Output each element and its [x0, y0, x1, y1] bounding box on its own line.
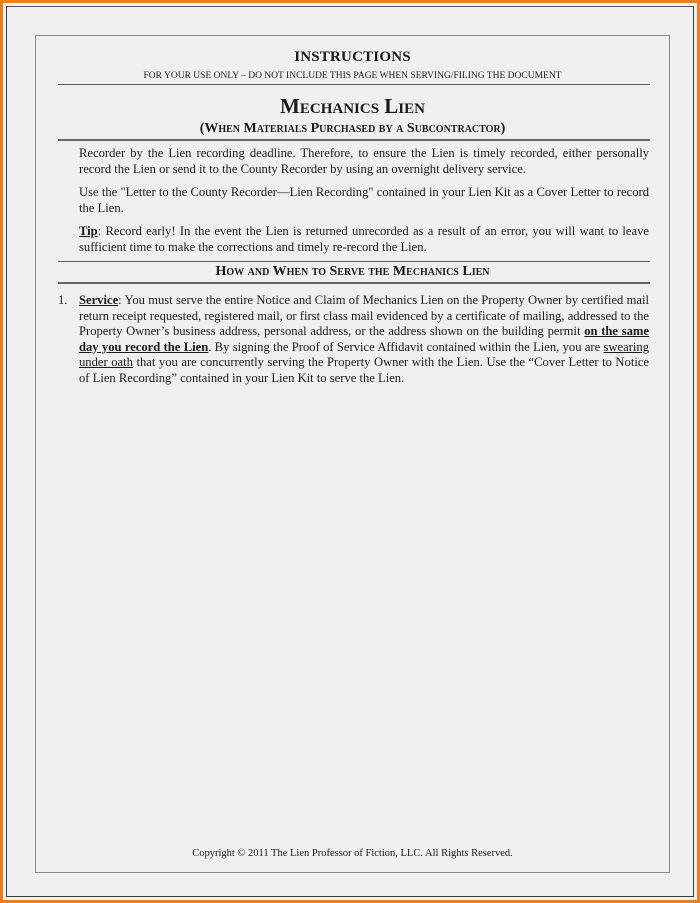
- divider: [58, 139, 650, 141]
- tip-label: Tip: [79, 224, 98, 238]
- tip-text: : Record early! In the event the Lien is…: [79, 224, 649, 254]
- document-page: INSTRUCTIONS FOR YOUR USE ONLY – DO NOT …: [35, 35, 670, 873]
- instructions-heading: INSTRUCTIONS: [36, 49, 669, 66]
- image-frame: INSTRUCTIONS FOR YOUR USE ONLY – DO NOT …: [0, 0, 700, 903]
- instructions-subtitle: FOR YOUR USE ONLY – DO NOT INCLUDE THIS …: [36, 71, 669, 81]
- service-text-2: . By signing the Proof of Service Affida…: [208, 340, 603, 354]
- tip-paragraph: Tip: Record early! In the event the Lien…: [79, 224, 649, 255]
- divider: [58, 282, 650, 284]
- divider: [58, 84, 650, 85]
- list-item-number: 1.: [58, 293, 67, 309]
- divider: [58, 261, 650, 262]
- copyright-footer: Copyright © 2011 The Lien Professor of F…: [36, 848, 669, 859]
- list-item-service: Service: You must serve the entire Notic…: [79, 293, 649, 386]
- intro-paragraph-2: Use the "Letter to the County Recorder—L…: [79, 185, 649, 216]
- document-subtitle: (When Materials Purchased by a Subcontra…: [36, 121, 669, 137]
- service-label: Service: [79, 293, 118, 307]
- intro-paragraph-1: Recorder by the Lien recording deadline.…: [79, 146, 649, 177]
- section-title: How and When to Serve the Mechanics Lien: [36, 264, 669, 280]
- service-text-3: that you are concurrently serving the Pr…: [79, 355, 649, 385]
- document-title: Mechanics Lien: [36, 94, 669, 119]
- service-text-1: : You must serve the entire Notice and C…: [79, 293, 649, 338]
